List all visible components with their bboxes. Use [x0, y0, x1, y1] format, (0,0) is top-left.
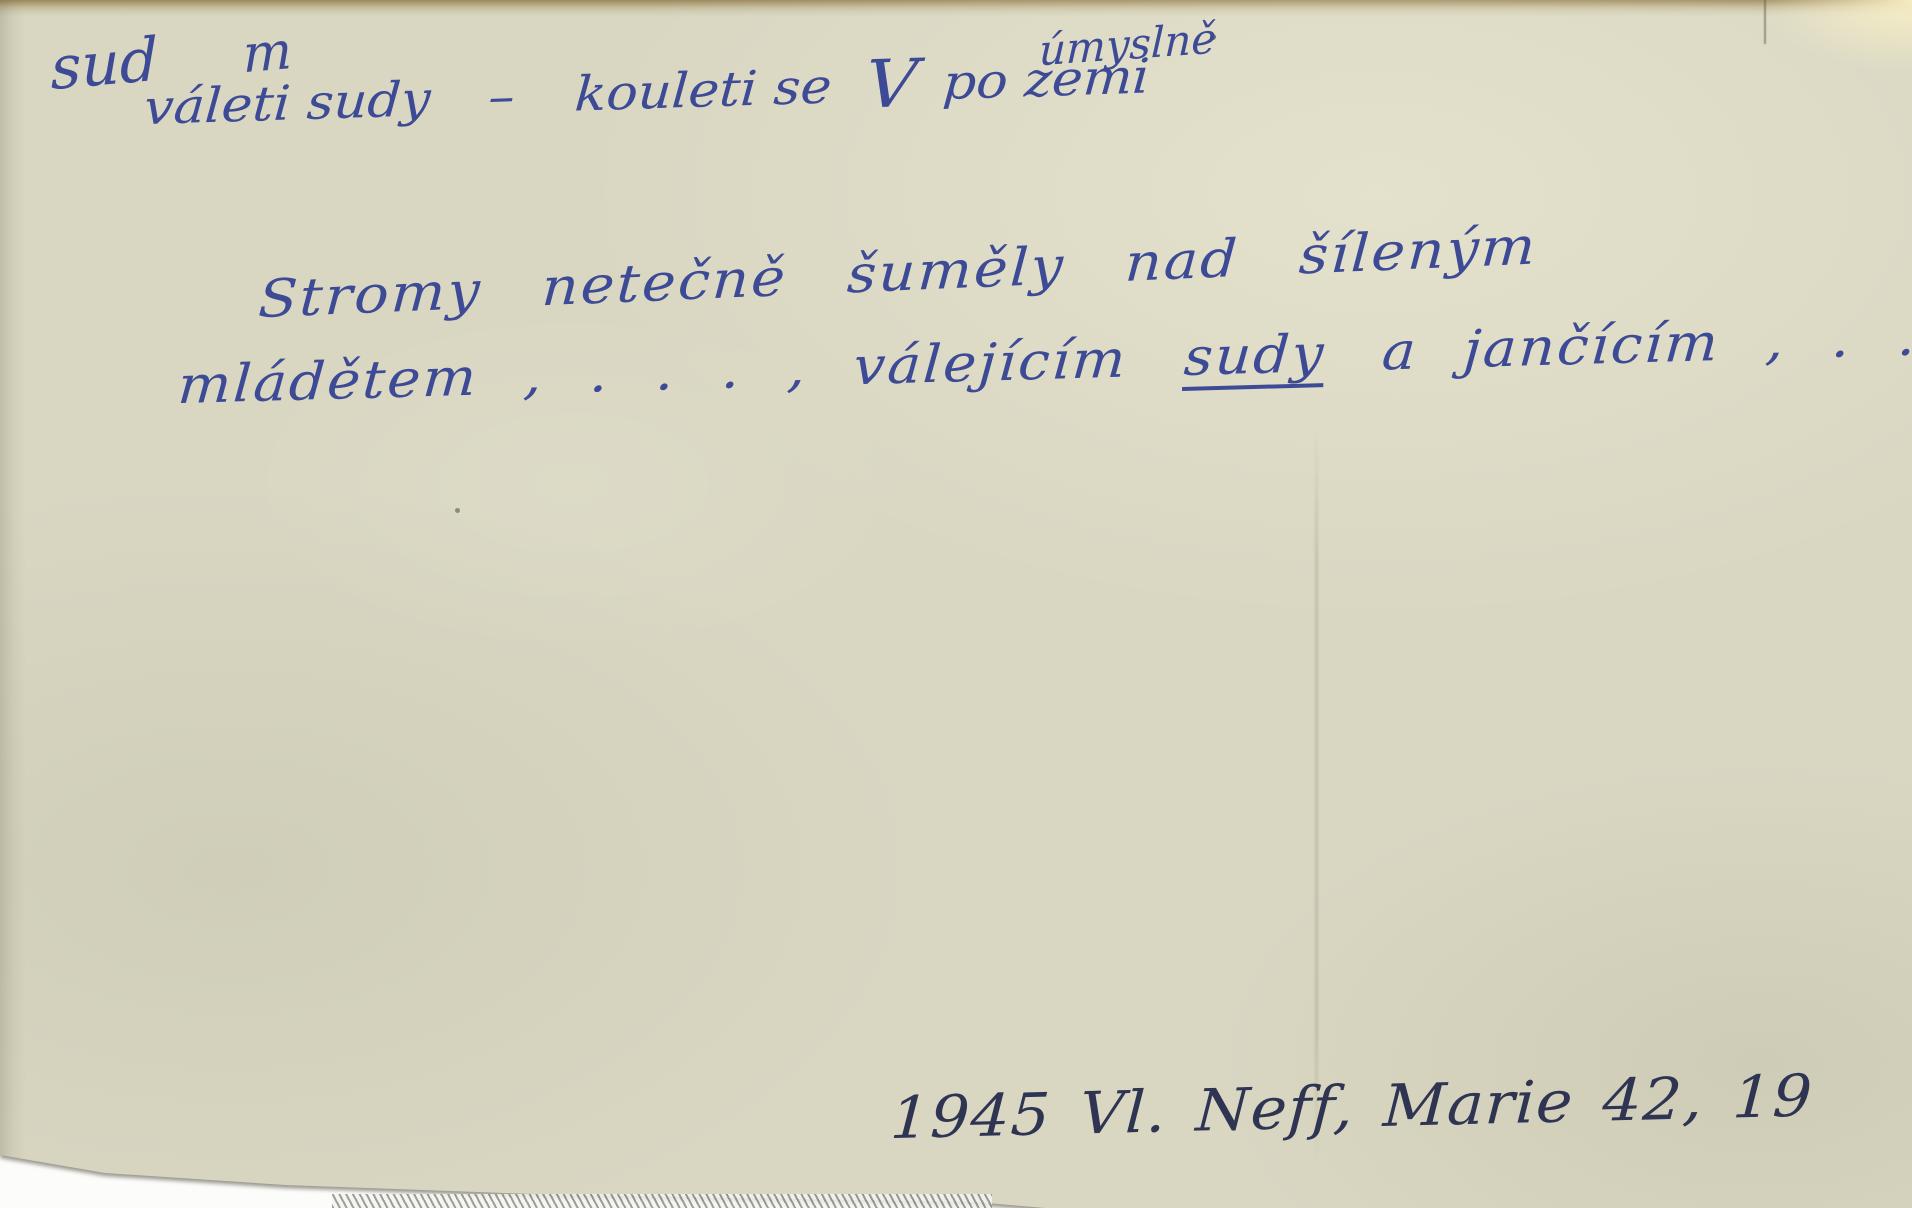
paper-crease-vertical [1315, 430, 1318, 1160]
definition-gloss-start: kouleti se [573, 58, 833, 122]
scanned-excerpt-card-page: sud m váleti sudy – kouleti se V po zemi… [0, 0, 1912, 1208]
headword: sud [50, 25, 159, 105]
card-shadow [0, 0, 1912, 1208]
definition-dash: – [487, 68, 517, 125]
insertion-caret: V [863, 45, 920, 124]
paper-card [0, 0, 1912, 1208]
quote-underlined-word: sudy [1182, 324, 1327, 388]
scanner-hatch-band [332, 1194, 992, 1208]
definition-phrase: váleti sudy [142, 71, 432, 136]
paper-corner-highlight [1762, 0, 1912, 70]
paper-crease-top [1764, 0, 1766, 44]
paper-speck [455, 508, 460, 513]
